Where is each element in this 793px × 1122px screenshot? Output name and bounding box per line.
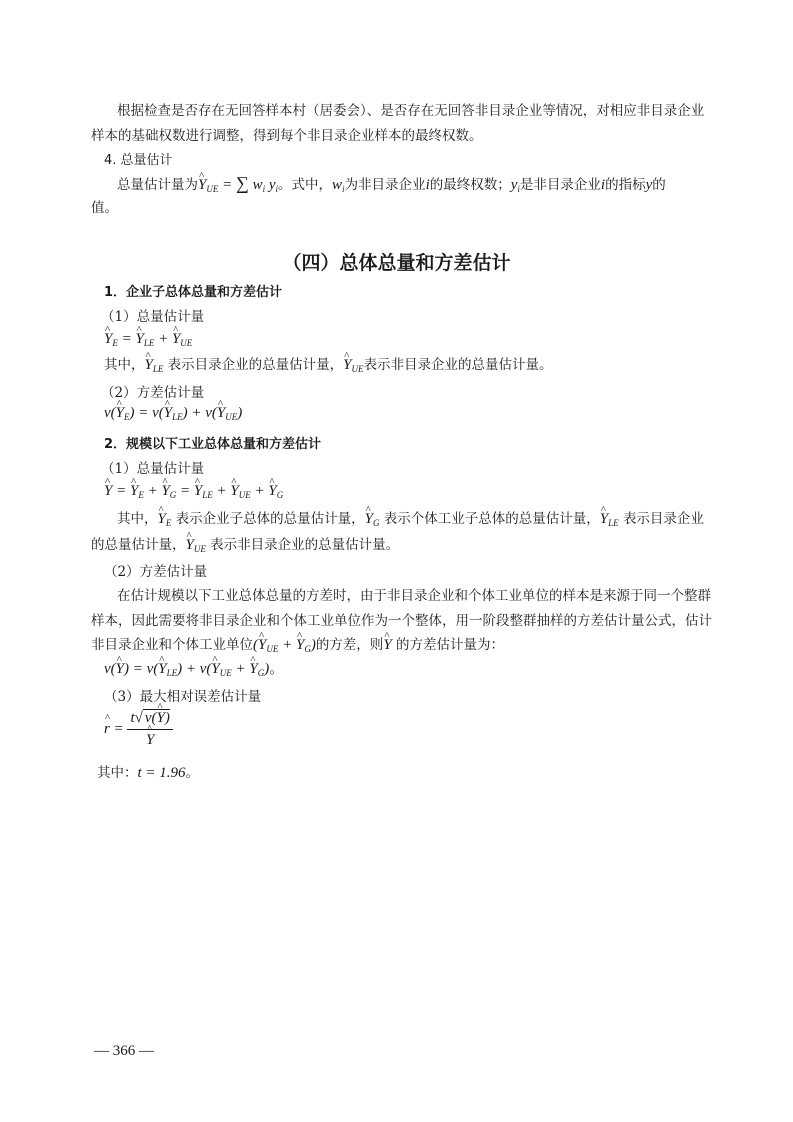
page-title: （四）总体总量和方差估计 <box>0 248 793 275</box>
text: 为非目录企业 <box>345 177 426 193</box>
part-2-variance-formula: v(Y) = v(YLE) + v(YUE + YG)。 <box>104 660 284 682</box>
var-w: wi <box>332 177 345 193</box>
section-4-heading: 4. 总量估计 <box>104 152 173 170</box>
part-1-heading: 1．企业子总体总量和方差估计 <box>104 284 282 302</box>
part-2-paragraph-line-1: 在估计规模以下工业总体总量的方差时，由于非目录企业和个体工业单位的样本是来源于同… <box>117 587 711 605</box>
section-4-line-2: 值。 <box>91 199 118 217</box>
part-2-note-line-2: 的总量估计量，YUE 表示非目录企业的总量估计量。 <box>91 536 399 558</box>
text: 总量估计量为 <box>117 177 198 193</box>
text: 。式中， <box>278 177 332 193</box>
text: 是非目录企业 <box>520 177 601 193</box>
var-y: yi <box>511 177 520 193</box>
t-value-note: 其中：t = 1.96。 <box>97 764 199 782</box>
part-2-paragraph-line-2: 样本，因此需要将非目录企业和个体工业单位作为一个整体，用一阶段整群抽样的方差估计… <box>91 612 712 630</box>
part-1-variance-formula: v(YE) = v(YLE) + v(YUE) <box>104 404 242 426</box>
intro-paragraph-line-2: 样本的基础权数进行调整，得到每个非目录企业样本的最终权数。 <box>91 127 483 145</box>
relative-error-formula: r = t√v(Y)Y <box>104 710 173 749</box>
text: 的 <box>652 177 666 193</box>
part-2-sub-3-label: （3）最大相对误差估计量 <box>104 688 261 706</box>
part-2-paragraph-line-3: 非目录企业和个体工业单位(YUE + YG)的方差，则Y 的方差估计量为： <box>91 636 504 658</box>
part-2-sub-1-label: （1）总量估计量 <box>101 460 204 478</box>
part-2-heading: 2．规模以下工业总体总量和方差估计 <box>104 436 321 454</box>
part-1-sub-1-label: （1）总量估计量 <box>101 308 204 326</box>
text: 的最终权数； <box>430 177 511 193</box>
page-number: — 366 — <box>94 1043 154 1060</box>
part-2-sub-2-label: （2）方差估计量 <box>104 563 207 581</box>
intro-paragraph-line-1: 根据检查是否存在无回答样本村（居委会）、是否存在无回答非目录企业等情况，对相应非… <box>117 102 704 120</box>
text: 的指标 <box>605 177 646 193</box>
part-2-formula-total: Y = YE + YG = YLE + YUE + YG <box>104 482 283 504</box>
formula-y-ue-sum: YUE = ∑ wi yi <box>198 177 278 193</box>
section-4-formula-line: 总量估计量为YUE = ∑ wi yi。式中，wi为非目录企业i的最终权数；yi… <box>117 174 666 198</box>
part-2-note-line-1: 其中，YE 表示企业子总体的总量估计量，YG 表示个体工业子总体的总量估计量，Y… <box>117 510 704 532</box>
part-1-note: 其中，YLE 表示目录企业的总量估计量，YUE表示非目录企业的总量估计量。 <box>104 356 553 378</box>
